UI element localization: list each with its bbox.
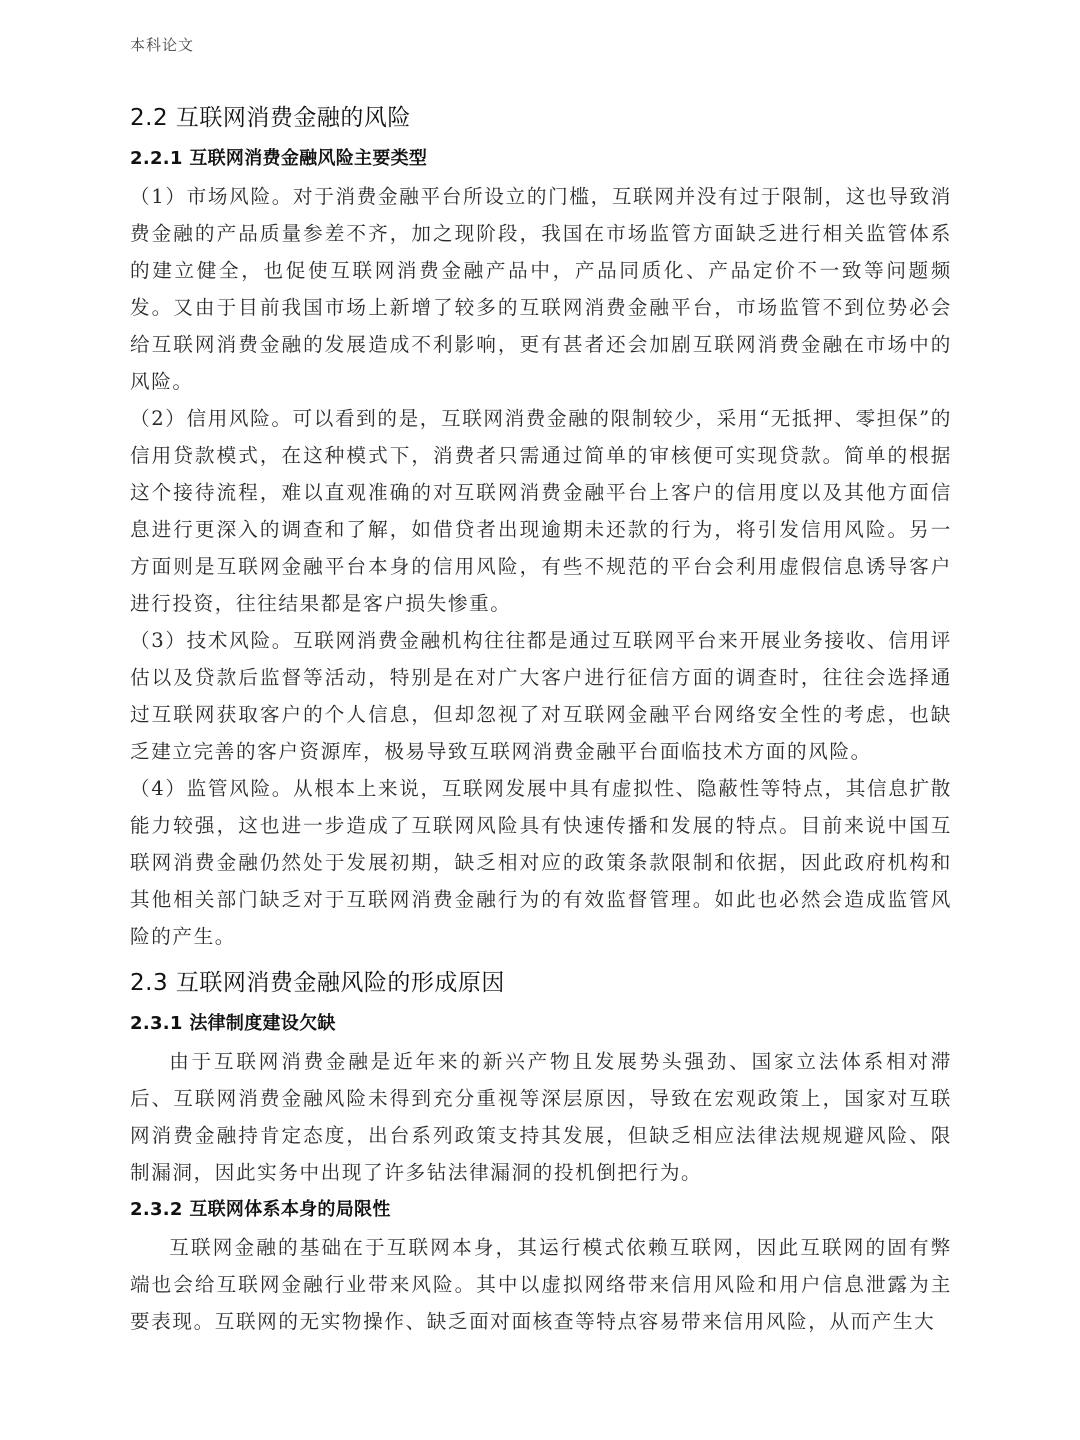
paragraph-market-risk: （1）市场风险。对于消费金融平台所设立的门槛，互联网并没有过于限制，这也导致消费… [130, 178, 952, 400]
section-heading-2-2: 2.2 互联网消费金融的风险 [130, 96, 952, 140]
section-heading-2-3: 2.3 互联网消费金融风险的形成原因 [130, 961, 952, 1005]
document-body: 2.2 互联网消费金融的风险 2.2.1 互联网消费金融风险主要类型 （1）市场… [130, 96, 952, 1340]
subsection-heading-2-3-1: 2.3.1 法律制度建设欠缺 [130, 1005, 952, 1043]
paragraph-regulatory-risk: （4）监管风险。从根本上来说，互联网发展中具有虚拟性、隐蔽性等特点，其信息扩散能… [130, 770, 952, 955]
page-header: 本科论文 [130, 34, 194, 55]
subsection-heading-2-3-2: 2.3.2 互联网体系本身的局限性 [130, 1191, 952, 1229]
subsection-heading-2-2-1: 2.2.1 互联网消费金融风险主要类型 [130, 140, 952, 178]
paragraph-legal-system: 由于互联网消费金融是近年来的新兴产物且发展势头强劲、国家立法体系相对滞后、互联网… [130, 1043, 952, 1191]
paragraph-technical-risk: （3）技术风险。互联网消费金融机构往往都是通过互联网平台来开展业务接收、信用评估… [130, 622, 952, 770]
paragraph-credit-risk: （2）信用风险。可以看到的是，互联网消费金融的限制较少，采用“无抵押、零担保”的… [130, 400, 952, 622]
paragraph-internet-limitations: 互联网金融的基础在于互联网本身，其运行模式依赖互联网，因此互联网的固有弊端也会给… [130, 1229, 952, 1340]
